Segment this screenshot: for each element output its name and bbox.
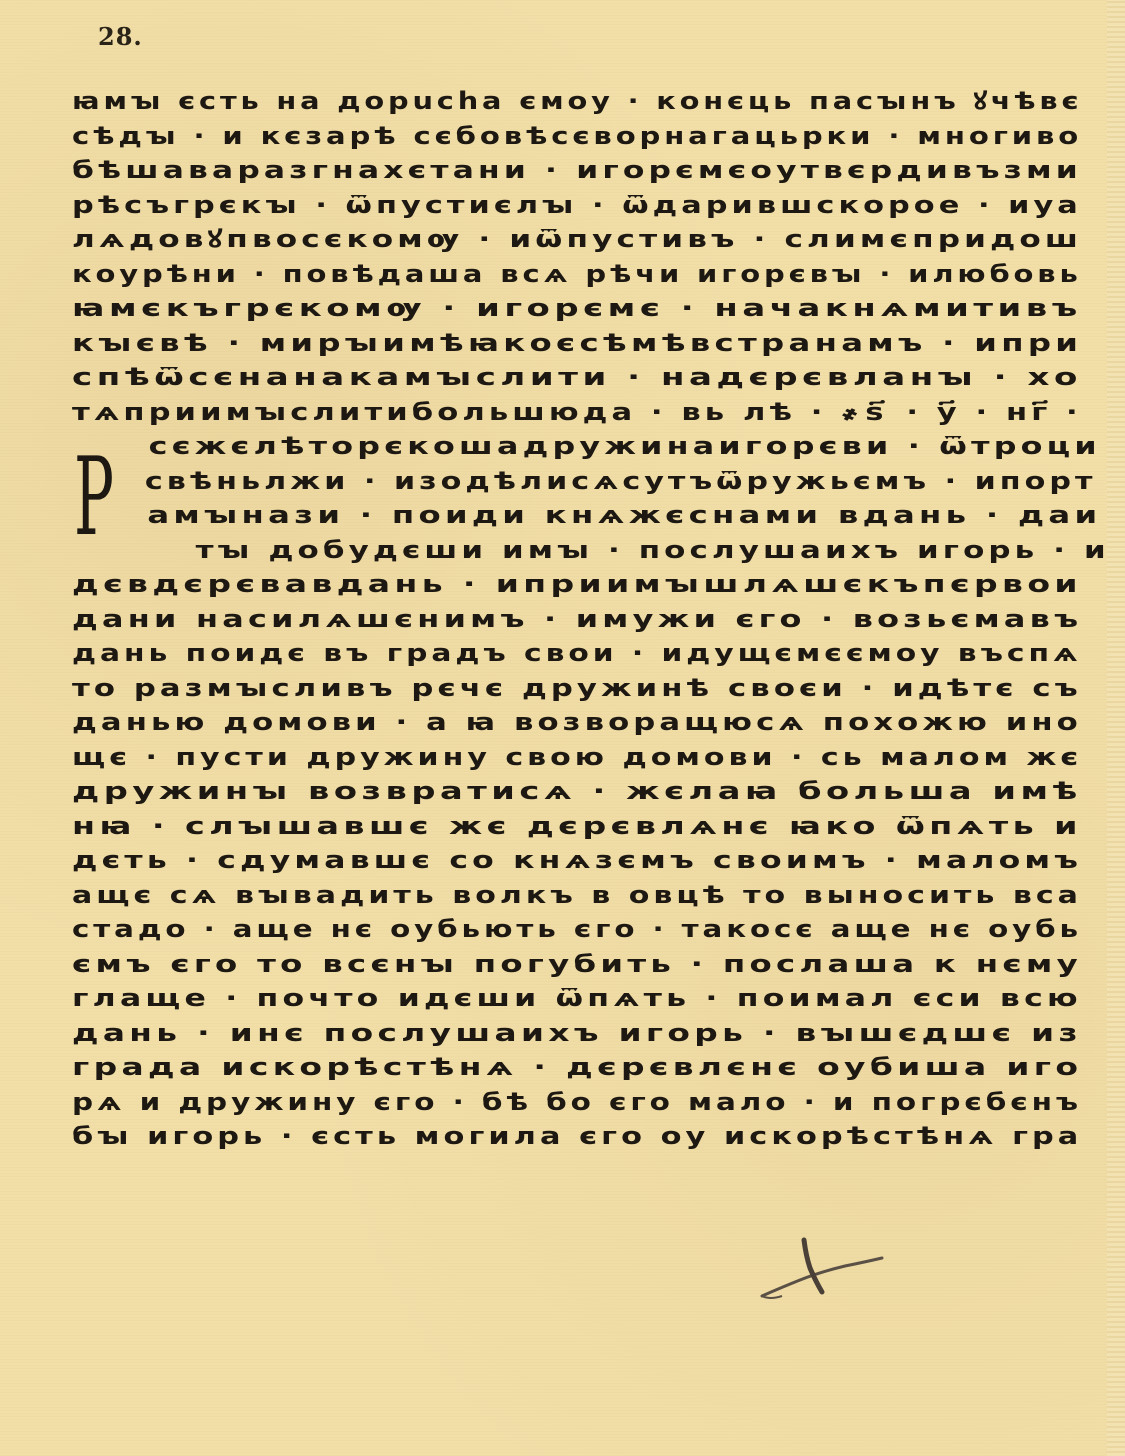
text-line-2: сѣдꙑ · и кєзарѣ сєбовѣсєворнагацьрки · м… [72,119,1125,154]
text-line-16: дани насилѧшєнимъ · имужи єго · возьємав… [72,602,1125,637]
initial-letter: Р [74,448,96,548]
text-line-11: сєжєлѣторєкошадружинаигорєви · ѿтроци [72,429,1125,464]
text-line-8: кꙑєвѣ · мирꙑимѣꙗкоєсѣмѣвстранамъ · ипри [72,326,1125,361]
text-line-17: дань поидє въ градъ свои · идущємєємоу в… [72,636,1125,671]
text-line-31: бꙑ игорь · єсть могила єго оу искорѣстѣн… [72,1119,1125,1154]
text-line-22: нꙗ · слꙑшавшє жє дєрєвлѧнє ꙗко ѿпѧть и [72,809,1125,844]
text-line-28: дань · инє послушаихъ игорь · вꙑшєдшє из [72,1016,1125,1051]
date-line: тѧприимꙑслитибольшюда · вь лѣ · ҂s҃ · у҃… [72,395,1125,430]
text-line-6: коурѣни · повѣдаша всѧ рѣчи игорєвꙑ · ил… [72,257,1125,292]
text-line-27: глаще · почто идєши ѿпѧть · поимал єси в… [72,981,1125,1016]
text-line-3: бѣшаваразгнахєтани · игорємєоутвєрдивъзм… [72,153,1125,188]
text-line-24: ащє сѧ вꙑвадить волкъ в овцѣ то выносить… [72,878,1125,913]
page-number: 28. [98,22,143,51]
text-line-30: рѧ и дружину єго · бѣ бо єго мало · и по… [72,1085,1125,1120]
cross-mark-icon [760,1236,885,1306]
text-line-18: то размꙑсливъ рєчє дружинѣ своєи · идѣтє… [72,671,1125,706]
text-line-23: дєть · сдумавшє со кнѧзємъ своимъ · мало… [72,843,1125,878]
text-line-21: дружинꙑ возвратисѧ · жєлаꙗ больша имѣ [72,774,1125,809]
text-line-25: стадо · аще нє оубьють єго · такосє аще … [72,912,1125,947]
text-line-9: спѣѿсєнанакамꙑслити · надєрєвланꙑ · хо [72,360,1125,395]
text-line-13: амꙑнази · поиди кнѧжєснами вдань · даи [72,498,1125,533]
text-line-4: рѣсъгрєкꙑ · ѿпустиєлꙑ · ѿдарившскорое · … [72,188,1125,223]
text-line-5: лѧдовꙋпвосєкомѹ · иѿпустивъ · слимєпридо… [72,222,1125,257]
text-line-26: ємъ єго то всєнꙑ погубить · послаша к нє… [72,947,1125,982]
text-line-15: дєвдєрєвавдань · иприимꙑшлѧшєкъпєрвои [72,567,1125,602]
text-line-7: ꙗмєкъгрєкомѹ · игорємє · начакнѧмитивъ [72,291,1125,326]
text-line-1: ꙗмꙑ єсть на дорucha ємоу · конєць пасꙑнъ… [72,84,1125,119]
text-line-14: тꙑ добудєши имꙑ · послушаихъ игорь · и [72,533,1125,568]
text-line-12: свѣньлжи · изодѣлисѧсутъѿружьємъ · ипорт [72,464,1125,499]
text-line-20: щє · пусти дружину свою домови · сь мало… [72,740,1125,775]
text-line-19: данью домови · а ꙗ возворащюсѧ похожю ин… [72,705,1125,740]
text-line-29: града искорѣстѣнѧ · дєрєвлєнє оубиша иго [72,1050,1125,1085]
manuscript-text: ꙗмꙑ єсть на дорucha ємоу · конєць пасꙑнъ… [72,84,1082,1154]
